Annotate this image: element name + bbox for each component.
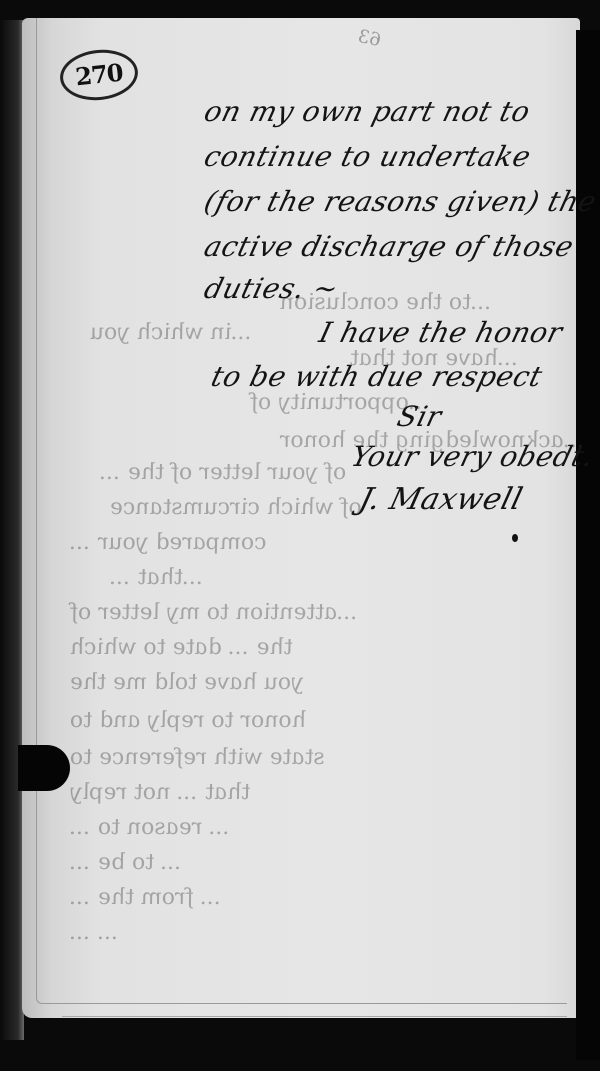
bleed-line: that ... not reply [67, 780, 253, 805]
bleed-line: you have told me the [67, 670, 306, 695]
letter-line-3: (for the reasons given) the [201, 185, 600, 218]
bleed-line: ... from the ... [67, 885, 224, 910]
bleed-line: ... ... [67, 920, 121, 945]
binding-clip [18, 745, 70, 791]
bleed-line: of your letter of the ... [97, 460, 349, 485]
faint-page-mark: 63 [356, 26, 383, 51]
closing-line-2: to be with due respect [208, 360, 546, 393]
letter-line-4: active discharge of those [201, 230, 577, 263]
valediction: Your very obedt. [348, 440, 597, 473]
bleed-line: of which circumstance [107, 495, 364, 520]
bleed-line: honor to reply and to [67, 708, 308, 733]
bleed-line: ...attention to my letter of [67, 600, 361, 625]
bleed-line: the ... date to which [67, 635, 295, 660]
bleed-line: ... reason to ... [67, 815, 233, 840]
binding-shadow [0, 20, 24, 1040]
letter-line-5: duties. ~ [201, 272, 342, 305]
signature: J. Maxwell [356, 482, 527, 517]
bleed-line: ... to be ... [67, 850, 184, 875]
bleed-line: ...that ... [107, 565, 206, 590]
bleed-line: compared your ... [67, 530, 269, 555]
closing-line-1: I have the honor [316, 316, 566, 349]
bleed-line: ...in which you [87, 320, 255, 345]
ink-dot [512, 534, 518, 542]
salutation-sir: Sir [394, 400, 445, 433]
letter-line-1: on my own part not to [201, 95, 534, 128]
letter-line-2: continue to undertake [201, 140, 534, 173]
bleed-line: state with reference to [67, 745, 327, 770]
